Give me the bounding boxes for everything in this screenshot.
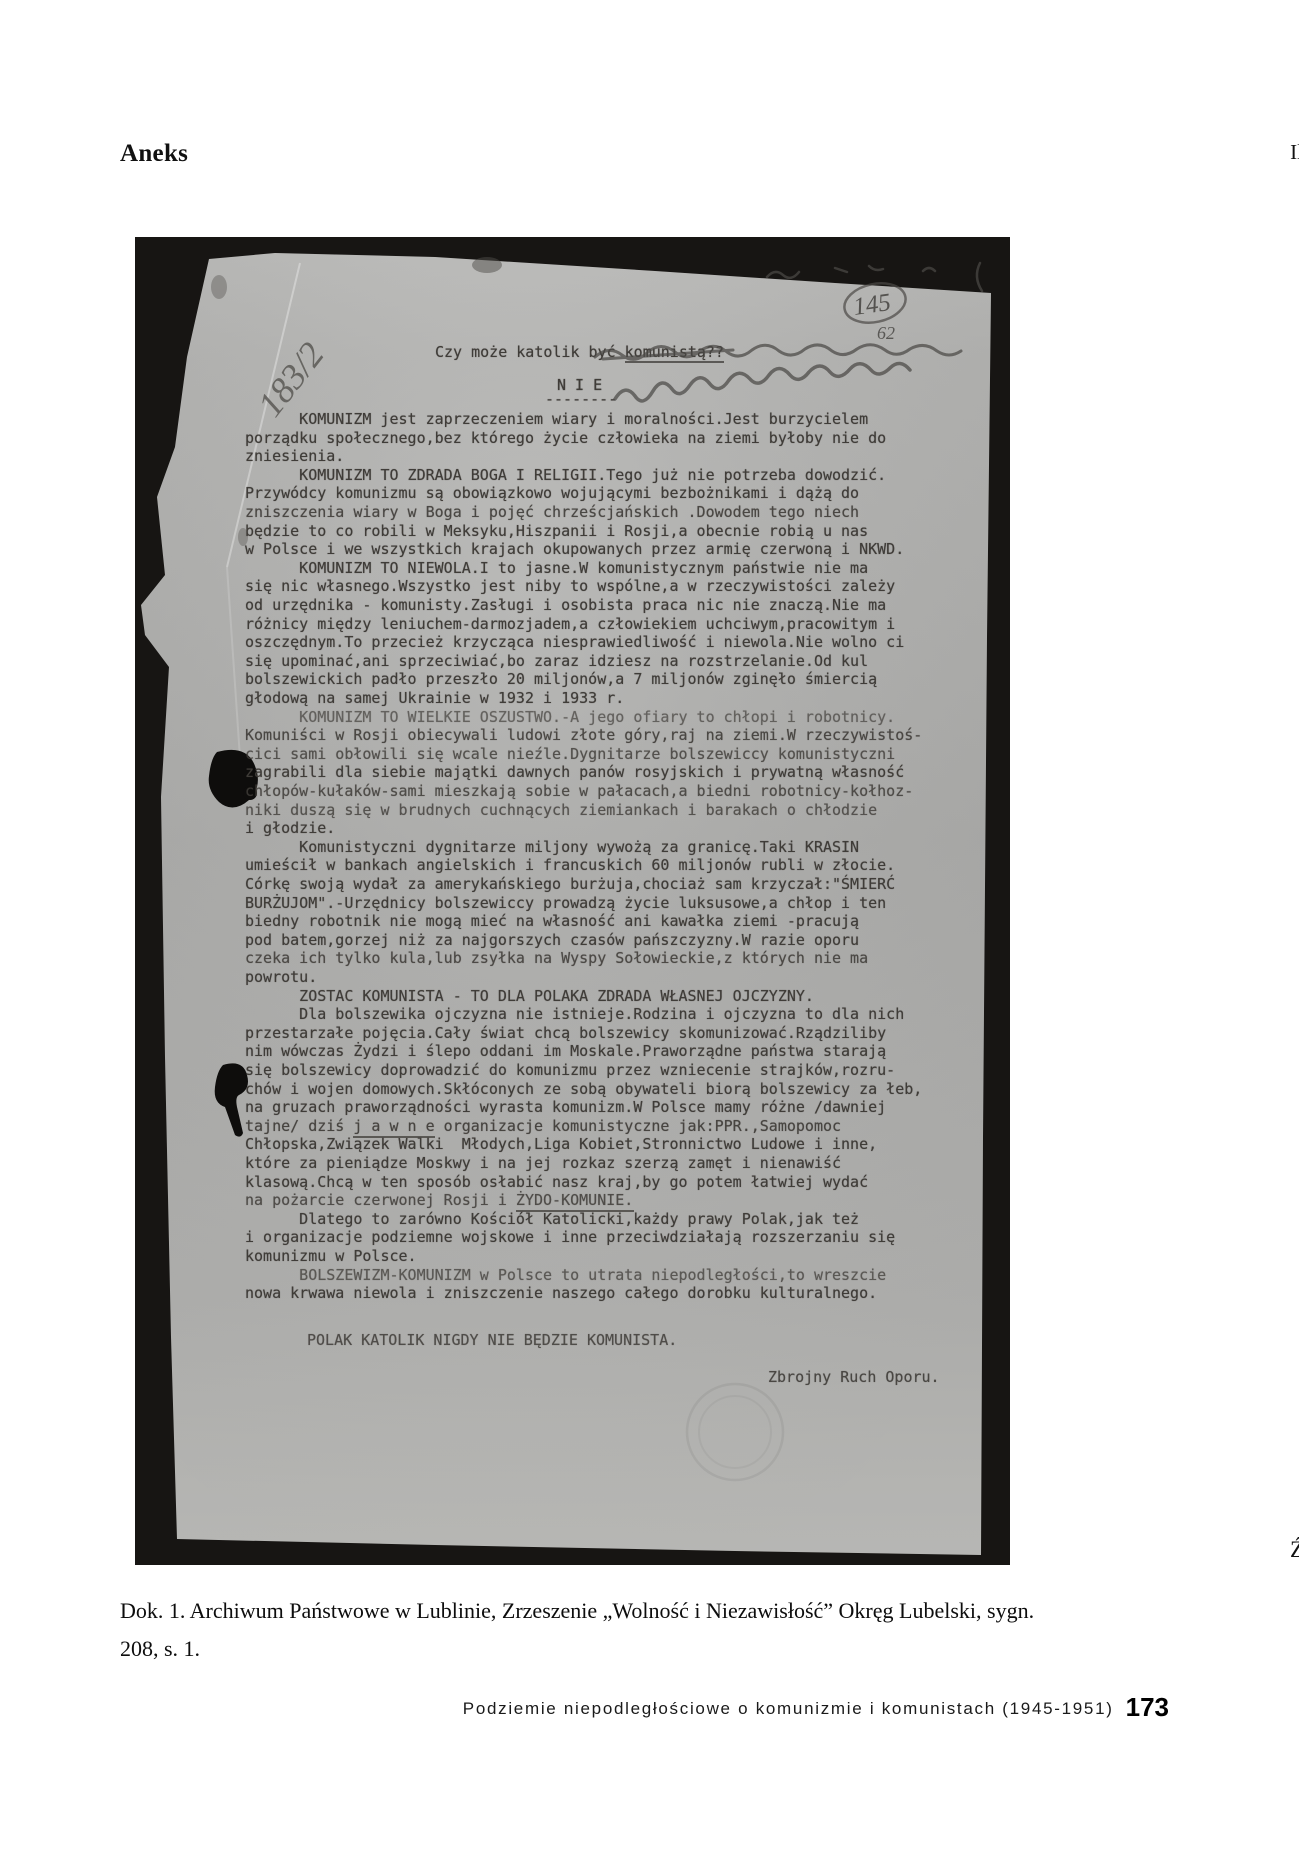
document-scan: Czy może katolik być komunistą?? N I E -… xyxy=(135,237,1010,1565)
handwriting-scribble xyxy=(977,263,982,291)
page-title: Aneks xyxy=(120,140,188,168)
number-annotation: 62 xyxy=(877,323,895,343)
footer: Podziemie niepodległościowe o komunizmie… xyxy=(0,1692,1169,1723)
footer-page-number: 173 xyxy=(1126,1692,1169,1722)
page: Aneks Il xyxy=(0,0,1299,1850)
header-right-fragment: Il xyxy=(1290,140,1299,165)
caption-line-2: 208, s. 1. xyxy=(120,1630,1190,1668)
circled-number-text: 145 xyxy=(852,289,893,321)
margin-letter-fragment: Ź xyxy=(1290,1537,1299,1563)
footer-text: Podziemie niepodległościowe o komunizmie… xyxy=(463,1699,1114,1718)
caption-line-1: Dok. 1. Archiwum Państwowe w Lublinie, Z… xyxy=(120,1592,1190,1630)
handwriting-scribble xyxy=(767,266,935,278)
handwriting-scribble xyxy=(615,363,910,401)
caption: Dok. 1. Archiwum Państwowe w Lublinie, Z… xyxy=(120,1592,1190,1668)
corner-number-annotation: 183/2 xyxy=(250,335,332,424)
circled-number-annotation: 145 xyxy=(841,278,910,328)
handwriting-layer: 145 62 183/2 xyxy=(135,237,1010,1565)
